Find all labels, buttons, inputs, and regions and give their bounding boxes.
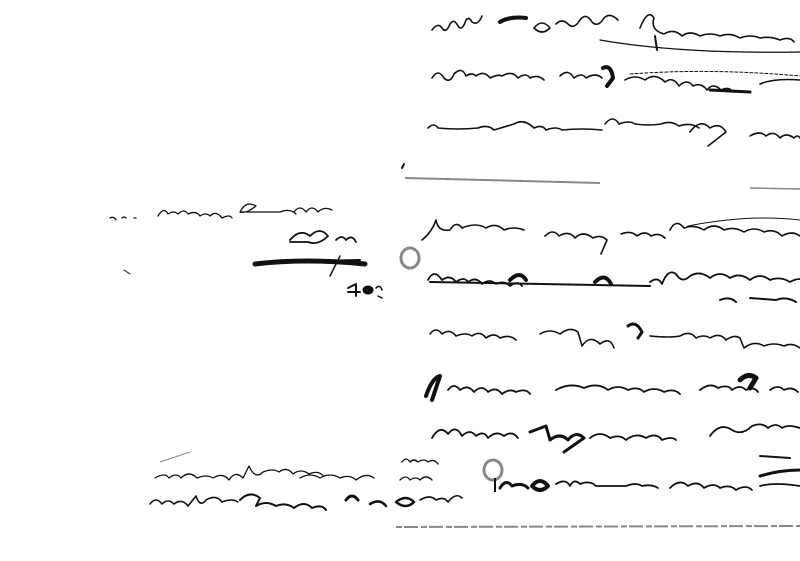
annotation-line-2 [290, 231, 356, 243]
annotation-marks [124, 164, 404, 274]
text-line-4 [422, 218, 800, 254]
manuscript-scan [0, 0, 800, 561]
text-line-8 [432, 424, 800, 458]
annotation-line-3 [255, 256, 382, 298]
footer-line-1 [155, 459, 438, 480]
manuscript-page: scanned manuscript [0, 0, 800, 561]
seal-mark-1 [401, 248, 419, 268]
text-line-7 [426, 375, 798, 400]
text-line-6 [430, 324, 800, 348]
text-line-5 [428, 272, 800, 302]
annotation-line-1 [110, 204, 332, 220]
text-line-2 [432, 67, 800, 92]
text-line-3 [428, 119, 800, 146]
footer-line-2 [150, 494, 462, 510]
text-line-9 [500, 470, 800, 490]
text-line-1 [432, 15, 800, 53]
